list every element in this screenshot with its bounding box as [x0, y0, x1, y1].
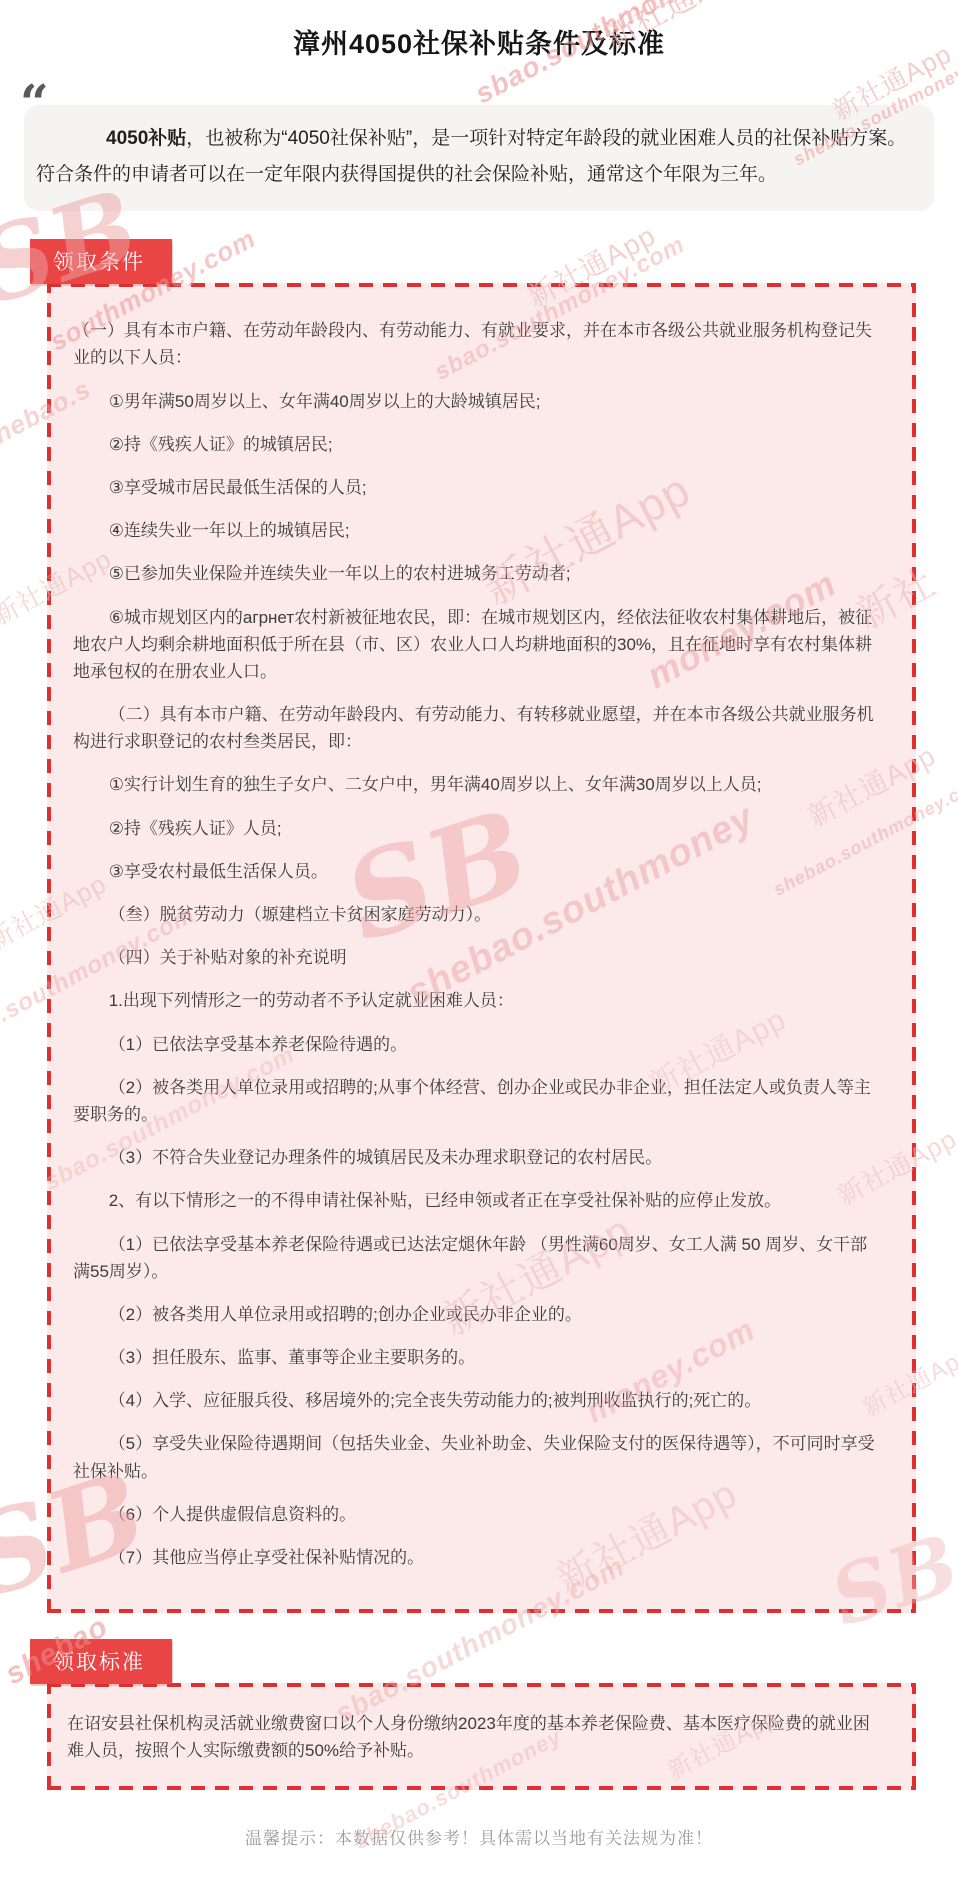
standard-panel: 在诏安县社保机构灵活就业缴费窗口以个人身份缴纳2023年度的基本养老保险费、基本…	[47, 1683, 916, 1789]
condition-item: ⑤已参加失业保险并连续失业一年以上的农村进城务工劳动者;	[73, 560, 878, 587]
page-title: 漳州4050社保补贴条件及标准	[0, 22, 958, 61]
condition-item: ②持《残疾人证》的城镇居民;	[73, 431, 878, 458]
intro-panel: “ 4050补贴，也被称为“4050社保补贴”，是一项针对特定年龄段的就业困难人…	[24, 105, 934, 211]
condition-item: ③享受城市居民最低生活保的人员;	[73, 474, 878, 501]
condition-item: （2）被各类用人单位录用或招聘的;从事个体经营、创办企业或民办非企业，担任法定人…	[73, 1074, 878, 1128]
footer-note: 温馨提示：本数据仅供参考！具体需以当地有关法规为准！	[0, 1824, 958, 1849]
condition-item: （1）已依法享受基本养老保险待遇或已达法定煺休年龄 （男性满60周岁、女工人满 …	[73, 1231, 878, 1285]
condition-item: （二）具有本市户籍、在劳动年龄段内、有劳动能力、有转移就业愿望，并在本市各级公共…	[73, 701, 878, 755]
condition-item: ①实行计划生育的独生子女户、二女户中，男年满40周岁以上、女年满30周岁以上人员…	[73, 771, 878, 798]
condition-item: （4）入学、应征服兵役、移居境外的;完全丧失劳动能力的;被判刑收监执行的;死亡的…	[73, 1387, 878, 1414]
condition-item: （一）具有本市户籍、在劳动年龄段内、有劳动能力、有就业要求，并在本市各级公共就业…	[73, 317, 878, 371]
condition-item: ③享受农村最低生活保人员。	[73, 858, 878, 885]
conditions-panel: （一）具有本市户籍、在劳动年龄段内、有劳动能力、有就业要求，并在本市各级公共就业…	[47, 283, 916, 1613]
condition-item: 2、有以下情形之一的不得申请社保补贴，已经申领或者正在享受社保补贴的应停止发放。	[73, 1187, 878, 1214]
condition-item: ⑥城市规划区内的агрнет农村新被征地农民，即：在城市规划区内，经依法征收农村…	[73, 604, 878, 686]
condition-item: （6）个人提供虚假信息资料的。	[73, 1501, 878, 1528]
condition-item: ④连续失业一年以上的城镇居民;	[73, 517, 878, 544]
condition-item: ②持《残疾人证》人员;	[73, 815, 878, 842]
section-label-conditions: 领取条件	[30, 239, 172, 284]
condition-item: （3）担任股东、监事、董事等企业主要职务的。	[73, 1344, 878, 1371]
section-label-standard: 领取标准	[30, 1639, 172, 1684]
condition-item: （7）其他应当停止享受社保补贴情况的。	[73, 1544, 878, 1571]
intro-text: 4050补贴，也被称为“4050社保补贴”，是一项针对特定年龄段的就业困难人员的…	[36, 121, 922, 193]
quote-icon: “	[20, 75, 49, 109]
condition-item: （1）已依法享受基本养老保险待遇的。	[73, 1031, 878, 1058]
condition-item: ①男年满50周岁以上、女年满40周岁以上的大龄城镇居民;	[73, 388, 878, 415]
condition-item: 1.出现下列情形之一的劳动者不予认定就业困难人员：	[73, 987, 878, 1014]
standard-item: 在诏安县社保机构灵活就业缴费窗口以个人身份缴纳2023年度的基本养老保险费、基本…	[67, 1710, 886, 1764]
condition-item: （四）关于补贴对象的补充说明	[73, 944, 878, 971]
condition-item: （5）享受失业保险待遇期间（包括失业金、失业补助金、失业保险支付的医保待遇等），…	[73, 1430, 878, 1484]
condition-item: （3）不符合失业登记办理条件的城镇居民及未办理求职登记的农村居民。	[73, 1144, 878, 1171]
page: 漳州4050社保补贴条件及标准 “ 4050补贴，也被称为“4050社保补贴”，…	[0, 22, 958, 1849]
condition-item: （叁）脱贫劳动力（塬建档立卡贫困家庭劳动力）。	[73, 901, 878, 928]
intro-lead: 4050补贴	[106, 128, 186, 149]
condition-item: （2）被各类用人单位录用或招聘的;创办企业或民办非企业的。	[73, 1301, 878, 1328]
